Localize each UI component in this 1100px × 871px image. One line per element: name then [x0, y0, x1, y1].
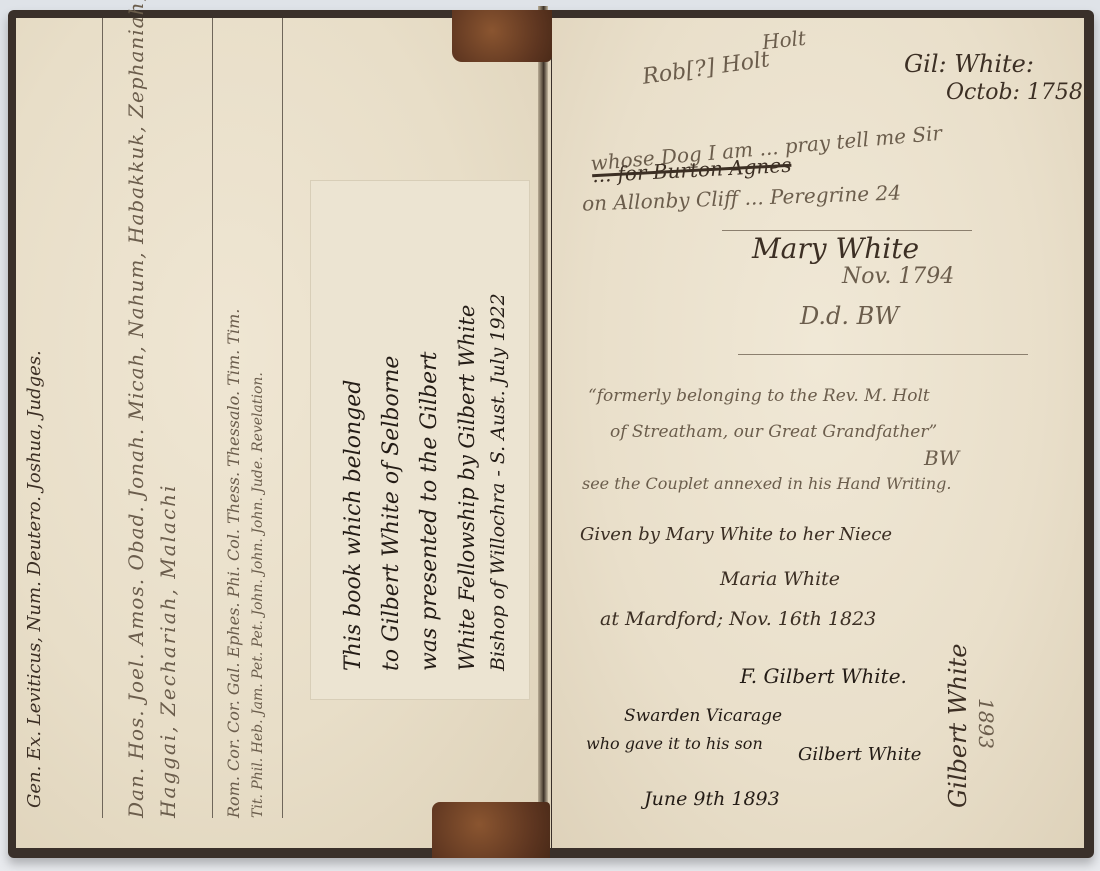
note-line-1: This book which belonged — [341, 380, 366, 671]
top-scrawl-2: Holt — [761, 26, 807, 54]
gave-to-son-line: who gave it to his son — [586, 734, 763, 753]
books-list-old-testament: Gen. Ex. Leviticus, Num. Deutero. Joshua… — [24, 350, 45, 808]
right-flyleaf-page: Rob[?] Holt Holt Gil: White: Octob: 1758… — [552, 18, 1084, 848]
column-rule — [212, 18, 213, 818]
spine-leather-top — [452, 10, 552, 62]
column-rule — [102, 18, 103, 818]
maria-white-name: Maria White — [720, 568, 840, 590]
f-gilbert-white-signature: F. Gilbert White. — [740, 664, 907, 688]
book-spine-gutter — [538, 6, 548, 844]
note-line-3: was presented to the Gilbert — [417, 352, 442, 671]
vertical-year-1893: 1893 — [974, 698, 998, 749]
place-and-date-1823: at Mardford; Nov. 16th 1823 — [600, 608, 876, 630]
spine-leather-bottom — [432, 802, 550, 858]
note-line-2: to Gilbert White of Selborne — [379, 356, 404, 671]
crossed-line-3: on Allonby Cliff ... Peregrine 24 — [582, 180, 902, 215]
divider-line — [722, 230, 972, 231]
quote-line-2: of Streatham, our Great Grandfather” — [610, 422, 937, 442]
owner-signature: Gil: White: — [904, 50, 1034, 78]
note-line-4: White Fellowship by Gilbert White — [455, 305, 479, 671]
mary-white-date: Nov. 1794 — [842, 264, 954, 289]
gilbert-white-signature: Gilbert White — [798, 744, 921, 765]
top-scrawl-1: Rob[?] Holt — [641, 47, 771, 90]
dd-bw-initials: D.d. BW — [800, 302, 899, 330]
pasted-presentation-note: This book which belonged to Gilbert Whit… — [310, 180, 530, 700]
mary-white-signature: Mary White — [752, 232, 919, 265]
books-list-prophets-line2: Haggai, Zechariah, Malachi — [156, 484, 180, 818]
divider-line — [738, 354, 1028, 355]
quote-line-3: see the Couplet annexed in his Hand Writ… — [582, 474, 952, 493]
books-list-epistles-line2: Tit. Phil. Heb. Jam. Pet. Pet. John. Joh… — [250, 372, 266, 818]
quote-line-1: “formerly belonging to the Rev. M. Holt — [588, 386, 930, 406]
date-june-1893: June 9th 1893 — [644, 788, 780, 810]
books-list-prophets-line1: Dan. Hos. Joel. Amos. Obad. Jonah. Micah… — [124, 0, 148, 818]
bw-initials: BW — [924, 446, 959, 470]
given-by-line: Given by Mary White to her Niece — [580, 524, 892, 545]
books-list-epistles-line1: Rom. Cor. Cor. Gal. Ephes. Phi. Col. The… — [224, 309, 243, 818]
vicarage-line: Swarden Vicarage — [624, 706, 782, 726]
owner-date: Octob: 1758. — [946, 80, 1090, 105]
vertical-gilbert-white-signature: Gilbert White — [944, 644, 972, 808]
note-line-5: Bishop of Willochra - S. Aust. July 1922 — [487, 293, 509, 671]
column-rule — [282, 18, 283, 818]
